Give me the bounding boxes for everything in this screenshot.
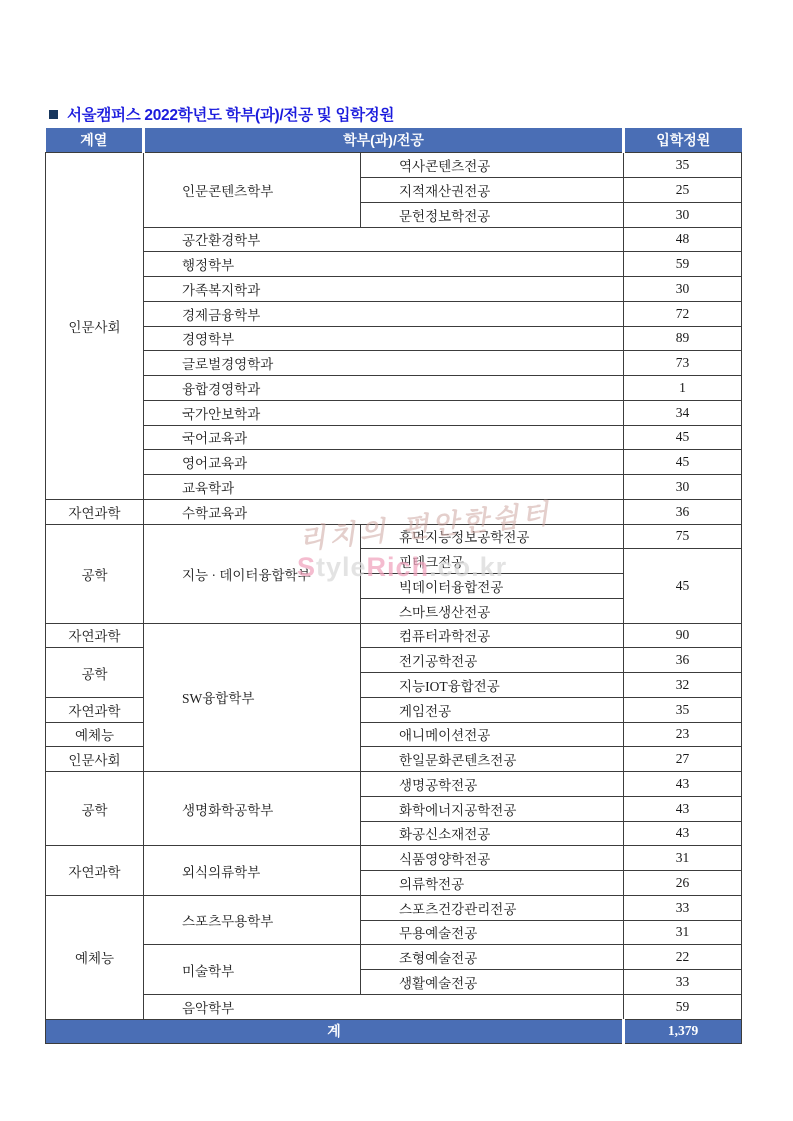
major-cell: 무용예술전공 xyxy=(361,920,624,945)
num-cell: 45 xyxy=(624,450,742,475)
num-cell: 75 xyxy=(624,524,742,549)
admission-quota-table: 계열 학부(과)/전공 입학정원 인문사회인문콘텐츠학부역사콘텐츠전공35지적재… xyxy=(45,128,742,1044)
table-header-row: 계열 학부(과)/전공 입학정원 xyxy=(46,128,742,153)
major-cell: 게임전공 xyxy=(361,697,624,722)
num-cell: 23 xyxy=(624,722,742,747)
num-cell: 45 xyxy=(624,425,742,450)
major-cell: 화공신소재전공 xyxy=(361,821,624,846)
dept-cell: 지능 · 데이터융합학부 xyxy=(144,524,361,623)
major-cell: 한일문화콘텐츠전공 xyxy=(361,747,624,772)
table-row: 미술학부조형예술전공22 xyxy=(46,945,742,970)
num-cell: 31 xyxy=(624,846,742,871)
major-cell: 스포츠건강관리전공 xyxy=(361,895,624,920)
table-row: 예체능스포츠무용학부스포츠건강관리전공33 xyxy=(46,895,742,920)
dept-cell: 공간환경학부 xyxy=(144,227,624,252)
cat-cell: 공학 xyxy=(46,772,144,846)
num-cell: 36 xyxy=(624,499,742,524)
dept-cell: 음악학부 xyxy=(144,994,624,1019)
major-cell: 생활예술전공 xyxy=(361,970,624,995)
num-cell: 1 xyxy=(624,376,742,401)
num-cell: 89 xyxy=(624,326,742,351)
table-row: 경제금융학부72 xyxy=(46,301,742,326)
table-row: 자연과학외식의류학부식품영양학전공31 xyxy=(46,846,742,871)
major-cell: 전기공학전공 xyxy=(361,648,624,673)
num-cell: 36 xyxy=(624,648,742,673)
major-cell: 스마트생산전공 xyxy=(361,598,624,623)
num-cell: 59 xyxy=(624,994,742,1019)
dept-cell: 외식의류학부 xyxy=(144,846,361,896)
section-title: 서울캠퍼스 2022학년도 학부(과)/전공 및 입학정원 xyxy=(49,103,394,125)
major-cell: 컴퓨터과학전공 xyxy=(361,623,624,648)
num-cell: 33 xyxy=(624,895,742,920)
num-cell: 43 xyxy=(624,821,742,846)
dept-cell: 스포츠무용학부 xyxy=(144,895,361,945)
table-row: 인문사회인문콘텐츠학부역사콘텐츠전공35 xyxy=(46,153,742,178)
dept-cell: 교육학과 xyxy=(144,475,624,500)
major-cell: 의류학전공 xyxy=(361,871,624,896)
num-cell: 48 xyxy=(624,227,742,252)
table-row: 가족복지학과30 xyxy=(46,277,742,302)
dept-cell: 국가안보학과 xyxy=(144,400,624,425)
section-title-text: 서울캠퍼스 2022학년도 학부(과)/전공 및 입학정원 xyxy=(67,107,394,124)
num-cell: 59 xyxy=(624,252,742,277)
num-cell: 73 xyxy=(624,351,742,376)
dept-cell: 영어교육과 xyxy=(144,450,624,475)
num-cell: 43 xyxy=(624,796,742,821)
cat-cell: 자연과학 xyxy=(46,846,144,896)
table-row: 교육학과30 xyxy=(46,475,742,500)
major-cell: 지적재산권전공 xyxy=(361,178,624,203)
cat-cell: 자연과학 xyxy=(46,623,144,648)
num-cell: 34 xyxy=(624,400,742,425)
major-cell: 휴먼지능정보공학전공 xyxy=(361,524,624,549)
table-row: 공간환경학부48 xyxy=(46,227,742,252)
major-cell: 조형예술전공 xyxy=(361,945,624,970)
major-cell: 생명공학전공 xyxy=(361,772,624,797)
table-row: 계1,379 xyxy=(46,1019,742,1044)
dept-cell: 경영학부 xyxy=(144,326,624,351)
num-cell: 30 xyxy=(624,202,742,227)
num-cell: 72 xyxy=(624,301,742,326)
major-cell: 역사콘텐츠전공 xyxy=(361,153,624,178)
dept-cell: 인문콘텐츠학부 xyxy=(144,153,361,227)
dept-cell: 경제금융학부 xyxy=(144,301,624,326)
major-cell: 지능IOT융합전공 xyxy=(361,673,624,698)
dept-cell: 수학교육과 xyxy=(144,499,624,524)
num-cell: 22 xyxy=(624,945,742,970)
dept-cell: 미술학부 xyxy=(144,945,361,995)
num-cell: 32 xyxy=(624,673,742,698)
header-category: 계열 xyxy=(46,128,144,153)
cat-cell: 공학 xyxy=(46,524,144,623)
major-cell: 빅데이터융합전공 xyxy=(361,574,624,599)
dept-cell: 융합경영학과 xyxy=(144,376,624,401)
table-row: 경영학부89 xyxy=(46,326,742,351)
cat-cell: 공학 xyxy=(46,648,144,698)
table-row: 영어교육과45 xyxy=(46,450,742,475)
num-cell: 25 xyxy=(624,178,742,203)
num-cell: 45 xyxy=(624,549,742,623)
square-bullet-icon xyxy=(49,110,58,119)
cat-cell: 자연과학 xyxy=(46,697,144,722)
table-row: 글로벌경영학과73 xyxy=(46,351,742,376)
table-row: 자연과학수학교육과36 xyxy=(46,499,742,524)
cat-cell: 예체능 xyxy=(46,895,144,1019)
table-row: 공학생명화학공학부생명공학전공43 xyxy=(46,772,742,797)
header-quota: 입학정원 xyxy=(624,128,742,153)
num-cell: 27 xyxy=(624,747,742,772)
table-row: 국어교육과45 xyxy=(46,425,742,450)
num-cell: 35 xyxy=(624,153,742,178)
cat-cell: 인문사회 xyxy=(46,153,144,500)
num-cell: 30 xyxy=(624,475,742,500)
table-row: 자연과학SW융합학부컴퓨터과학전공90 xyxy=(46,623,742,648)
document-page: 서울캠퍼스 2022학년도 학부(과)/전공 및 입학정원 계열 학부(과)/전… xyxy=(0,0,793,1121)
table-row: 국가안보학과34 xyxy=(46,400,742,425)
num-cell: 30 xyxy=(624,277,742,302)
dept-cell: 행정학부 xyxy=(144,252,624,277)
dept-cell: SW융합학부 xyxy=(144,623,361,772)
total-label-cell: 계 xyxy=(46,1019,624,1044)
num-cell: 33 xyxy=(624,970,742,995)
major-cell: 식품영양학전공 xyxy=(361,846,624,871)
cat-cell: 인문사회 xyxy=(46,747,144,772)
dept-cell: 가족복지학과 xyxy=(144,277,624,302)
dept-cell: 글로벌경영학과 xyxy=(144,351,624,376)
header-dept-major: 학부(과)/전공 xyxy=(144,128,624,153)
major-cell: 문헌정보학전공 xyxy=(361,202,624,227)
dept-cell: 국어교육과 xyxy=(144,425,624,450)
major-cell: 핀테크전공 xyxy=(361,549,624,574)
major-cell: 화학에너지공학전공 xyxy=(361,796,624,821)
num-cell: 90 xyxy=(624,623,742,648)
dept-cell: 생명화학공학부 xyxy=(144,772,361,846)
num-cell: 35 xyxy=(624,697,742,722)
num-cell: 43 xyxy=(624,772,742,797)
table-row: 행정학부59 xyxy=(46,252,742,277)
table-body: 인문사회인문콘텐츠학부역사콘텐츠전공35지적재산권전공25문헌정보학전공30공간… xyxy=(46,153,742,1044)
cat-cell: 자연과학 xyxy=(46,499,144,524)
num-cell: 26 xyxy=(624,871,742,896)
table-row: 공학지능 · 데이터융합학부휴먼지능정보공학전공75 xyxy=(46,524,742,549)
num-cell: 31 xyxy=(624,920,742,945)
table-row: 융합경영학과1 xyxy=(46,376,742,401)
cat-cell: 예체능 xyxy=(46,722,144,747)
total-num-cell: 1,379 xyxy=(624,1019,742,1044)
table-row: 음악학부59 xyxy=(46,994,742,1019)
major-cell: 애니메이션전공 xyxy=(361,722,624,747)
